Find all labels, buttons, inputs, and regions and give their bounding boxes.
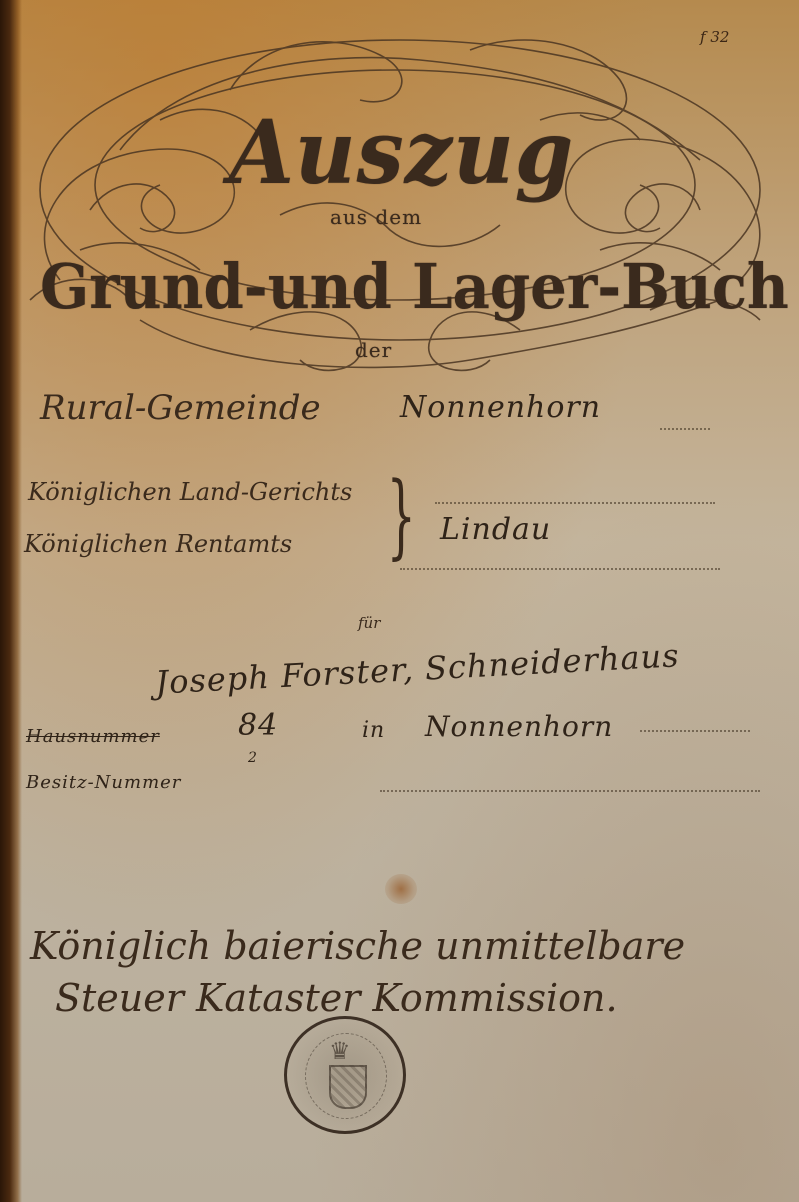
label-fuer: für <box>358 614 380 632</box>
title-auszug: Auszug <box>229 100 574 204</box>
label-besitz: Besitz-Nummer <box>26 772 181 793</box>
value-hausnummer-sub: 2 <box>248 750 258 766</box>
title-der: der <box>355 338 392 362</box>
dotted-rule <box>380 790 760 792</box>
paper-stain <box>385 874 417 904</box>
location-prefix: in <box>362 718 385 743</box>
shield-icon <box>329 1065 367 1109</box>
label-rural-gemeinde: Rural-Gemeinde <box>40 388 321 428</box>
royal-seal-stamp: ♛ <box>284 1016 406 1134</box>
value-hausnummer: 84 <box>238 708 278 743</box>
title-aus-dem: aus dem <box>330 205 422 229</box>
dotted-rule <box>640 730 750 732</box>
curly-brace: } <box>387 470 416 562</box>
issuer-line-2: Steuer Kataster Kommission. <box>55 976 618 1020</box>
label-hausnummer: Hausnummer <box>26 726 160 747</box>
value-district: Lindau <box>440 512 551 547</box>
issuer-line-1: Königlich baierische unmittelbare <box>30 924 685 968</box>
value-owner: Joseph Forster, Schneiderhaus <box>154 636 680 701</box>
dotted-rule <box>400 568 720 570</box>
value-gemeinde: Nonnenhorn <box>400 390 601 425</box>
label-rentamt: Königlichen Rentamts <box>24 530 292 558</box>
crown-icon: ♛ <box>329 1037 351 1065</box>
dotted-rule <box>660 428 710 430</box>
title-grund-und-lager-buch: Grund-und Lager-Buch <box>40 250 789 323</box>
dotted-rule <box>435 502 715 504</box>
document-page: f 32 Auszug aus dem Grund-und Lager-B <box>0 0 799 1202</box>
label-landgericht: Königlichen Land-Gerichts <box>28 478 352 506</box>
value-location: Nonnenhorn <box>425 710 613 743</box>
